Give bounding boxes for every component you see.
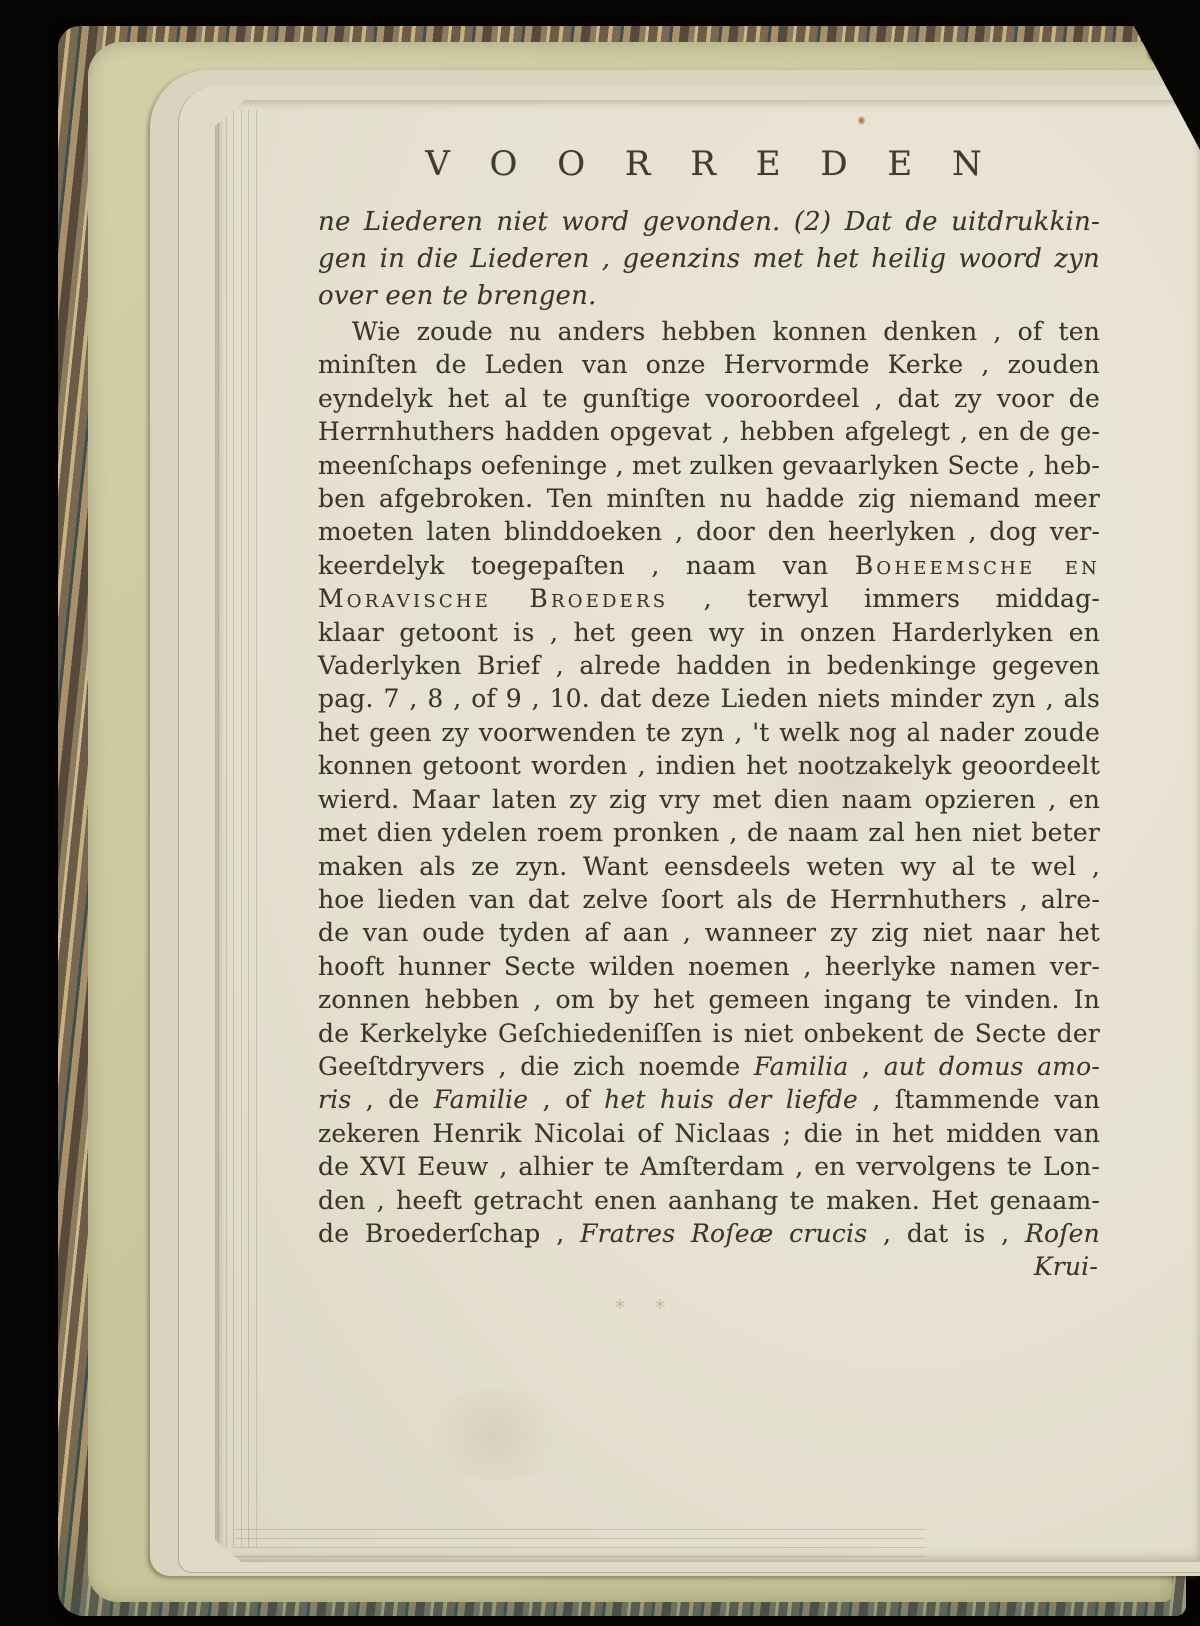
- text-line: Herrnhuthers hadden opgevat , hebben afg…: [318, 415, 1100, 448]
- book-page: V O O R R E D E N ne Liederen niet word …: [215, 100, 1200, 1562]
- text-line: het geen zy voorwenden te zyn , 't welk …: [318, 716, 1100, 749]
- text-line: moeten laten blinddoeken , door den heer…: [318, 515, 1100, 548]
- text-line: wierd. Maar laten zy zig vry met dien na…: [318, 783, 1100, 816]
- text-line: hooft hunner Secte wilden noemen , heerl…: [318, 950, 1100, 983]
- text-line: eyndelyk het al te gunſtige vooroordeel …: [318, 382, 1100, 415]
- opening-italic-paragraph: ne Liederen niet word gevonden. (2) Dat …: [318, 204, 1100, 315]
- text-line: maken als ze zyn. Want eensdeels weten w…: [318, 850, 1100, 883]
- text-line: hoe lieden van dat zelve ſoort als de He…: [318, 883, 1100, 916]
- text-line: minſten de Leden van onze Hervormde Kerk…: [318, 348, 1100, 381]
- signature-mark: * *: [615, 1295, 677, 1319]
- text-line: ne Liederen niet word gevonden. (2) Dat …: [318, 204, 1100, 241]
- text-line: de XVI Eeuw , alhier te Amſterdam , en v…: [318, 1150, 1100, 1183]
- text-line: de Broederſchap , Fratres Roſeæ crucis ,…: [318, 1217, 1100, 1250]
- text-line: pag. 7 , 8 , of 9 , 10. dat deze Lieden …: [318, 682, 1100, 715]
- text-line: klaar getoont is , het geen wy in onzen …: [318, 616, 1100, 649]
- text-line: zonnen hebben , om by het gemeen ingang …: [318, 983, 1100, 1016]
- text-line: keerdelyk toegepaſten , naam van Boheems…: [318, 549, 1100, 582]
- text-line: Vaderlyken Brief , alrede hadden in bede…: [318, 649, 1100, 682]
- text-line: ris , de Familie , of het huis der liefd…: [318, 1083, 1100, 1116]
- text-line: konnen getoont worden , indien het nootz…: [318, 749, 1100, 782]
- text-line: de van oude tyden af aan , wanneer zy zi…: [318, 916, 1100, 949]
- text-line: met dien ydelen roem pronken , de naam z…: [318, 816, 1100, 849]
- text-line: meenſchaps oefeninge , met zulken gevaar…: [318, 449, 1100, 482]
- leaf-edge-lines-left: [218, 110, 260, 1548]
- text-line: gen in die Liederen , geenzins met het h…: [318, 241, 1100, 278]
- leaf-edge-lines-bottom: [235, 1529, 925, 1559]
- text-line: Moravische Broeders , terwyl immers midd…: [318, 582, 1100, 615]
- catchword: Krui-: [318, 1250, 1100, 1284]
- text-line: de Kerkelyke Geſchiedeniſſen is niet onb…: [318, 1017, 1100, 1050]
- text-line: over een te brengen.: [318, 278, 1100, 315]
- foxing-spot: [858, 116, 865, 125]
- text-line: zekeren Henrik Nicolai of Niclaas ; die …: [318, 1117, 1100, 1150]
- main-paragraph: Wie zoude nu anders hebben konnen denken…: [318, 315, 1100, 1284]
- page-smudge: [415, 1390, 575, 1480]
- book-scan-stage: V O O R R E D E N ne Liederen niet word …: [0, 0, 1200, 1626]
- text-line: den , heeft getracht enen aanhang te mak…: [318, 1184, 1100, 1217]
- text-line: ben afgebroken. Ten minſten nu hadde zig…: [318, 482, 1100, 515]
- page-title: V O O R R E D E N: [318, 144, 1100, 184]
- text-line: Wie zoude nu anders hebben konnen denken…: [318, 315, 1100, 348]
- text-line: Geeſtdryvers , die zich noemde Familia ,…: [318, 1050, 1100, 1083]
- printed-text-block: V O O R R E D E N ne Liederen niet word …: [318, 144, 1100, 1284]
